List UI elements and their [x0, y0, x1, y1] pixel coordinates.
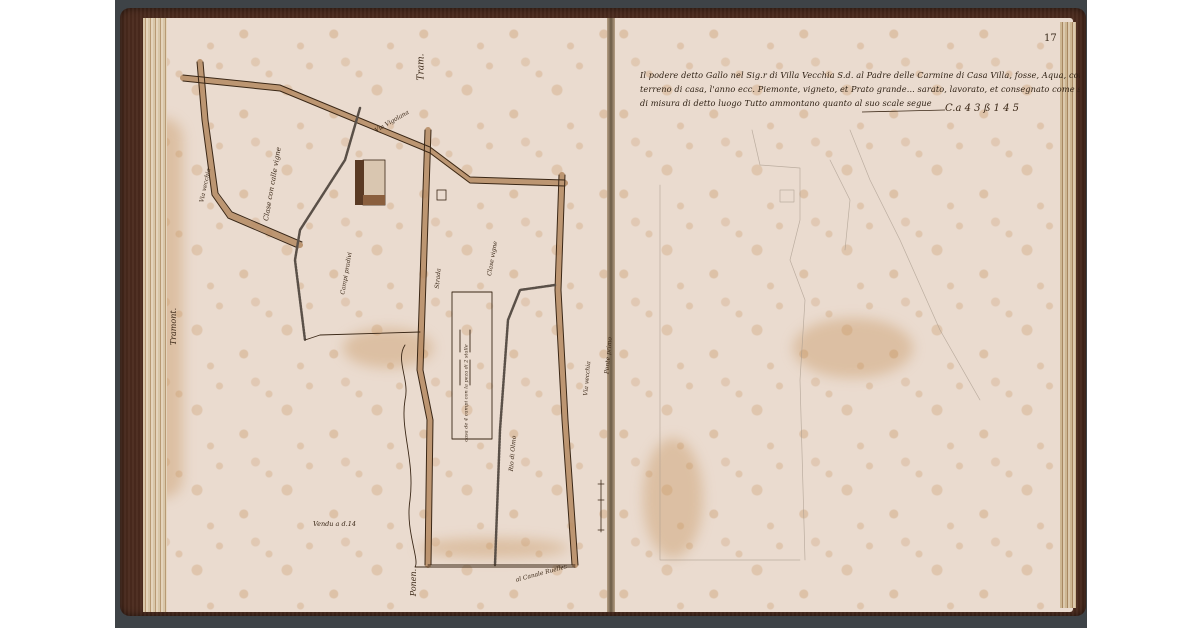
map-label: casa de 4 campi con la peza di 2 stalle — [464, 344, 470, 441]
inscription-rule — [862, 110, 945, 112]
plot-box — [452, 292, 492, 439]
pencil-underdrawing — [660, 130, 980, 560]
map-label: Ponen. — [409, 569, 418, 596]
boundaries — [305, 332, 575, 567]
map-label: Vendu a d.14 — [313, 520, 356, 528]
inscription-figure: C.a 4 3 ß 1 4 5 — [945, 103, 1019, 114]
roads-wash — [183, 62, 575, 565]
farmhouse-icon — [355, 160, 385, 205]
page-number: 17 — [1044, 33, 1057, 44]
small-structure-icon — [437, 190, 446, 200]
map-label: Tramont. — [169, 308, 178, 345]
inscription-line: Il podere detto Gallo nel Sig.r di Villa… — [640, 68, 1080, 82]
inscription-line: terreno di casa, l'anno ecc. Piemonte, v… — [640, 82, 1080, 96]
map-label: Tram. — [417, 53, 427, 80]
scale-bar — [598, 480, 604, 532]
roads-outline — [183, 62, 578, 565]
